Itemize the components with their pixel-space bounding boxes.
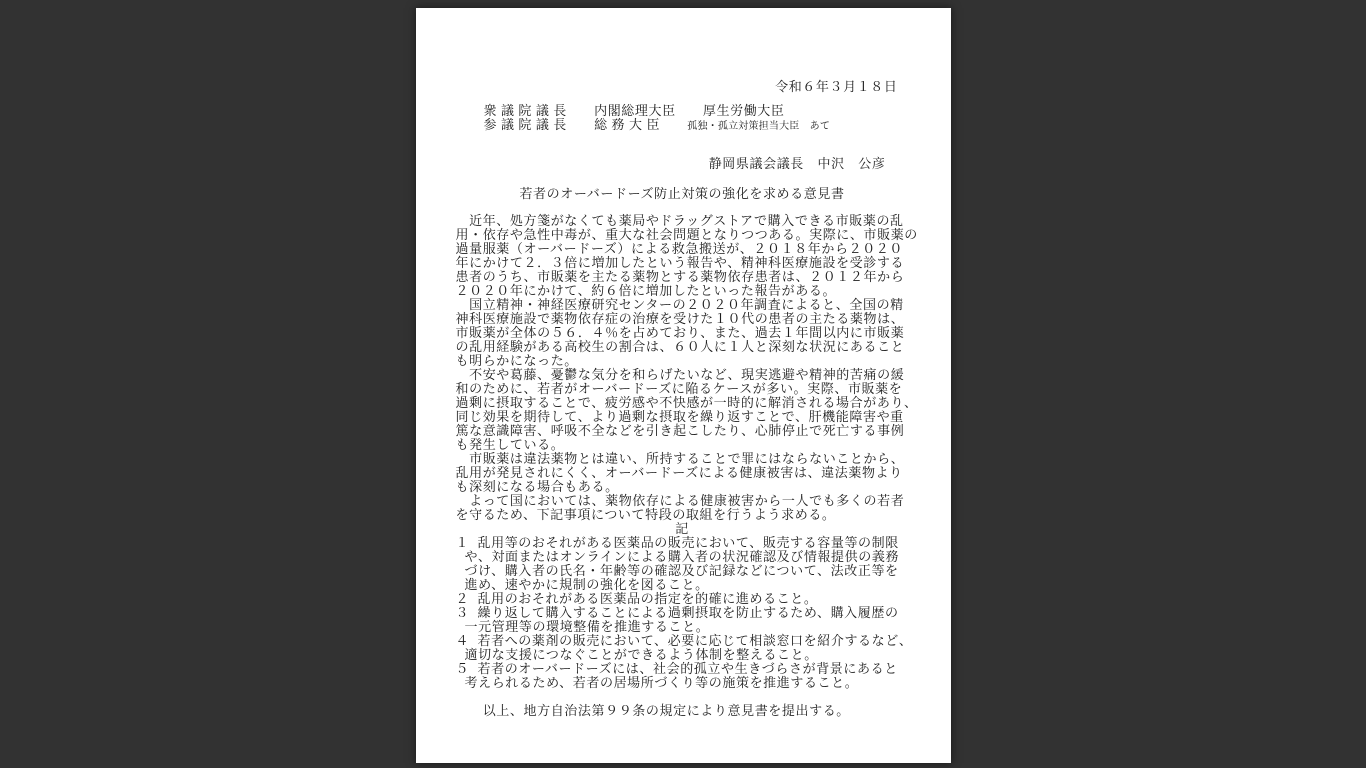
item-number: ３ <box>456 606 478 620</box>
viewer-background: { "viewer": { "background_color": "#3232… <box>0 0 1366 768</box>
item-text: 乱用のおそれがある医薬品の指定を的確に進めること。 <box>478 591 818 606</box>
demand-item: ４若者への薬剤の販売において、必要に応じて相談窓口を紹介するなど、適切な支援につ… <box>456 634 909 662</box>
item-text: 若者のオーバードーズには、社会的孤立や生きづらさが背景にあると <box>478 661 898 676</box>
recipient-line-2-main: 参 議 院 議 長 総 務 大 臣 <box>484 117 688 132</box>
body-paragraph: 近年、処方箋がなくても薬局やドラッグストアで購入できる市販薬の乱 用・依存や急性… <box>456 214 909 298</box>
body-paragraph: よって国においては、薬物依存による健康被害から一人でも多くの若者 を守るため、下… <box>456 494 909 522</box>
recipient-line-2: 参 議 院 議 長 総 務 大 臣 孤独・孤立対策担当大臣 あて <box>484 118 909 134</box>
demand-item: １乱用等のおそれがある医薬品の販売において、販売する容量等の制限や、対面またはオ… <box>456 536 909 592</box>
recipient-line-1: 衆 議 院 議 長 内閣総理大臣 厚生労働大臣 <box>484 104 909 118</box>
item-text-continued: 一元管理等の環境整備を推進すること。 <box>456 620 909 634</box>
item-number: ２ <box>456 592 478 606</box>
closing-line: 以上、地方自治法第９９条の規定により意見書を提出する。 <box>456 704 909 718</box>
document-body: 近年、処方箋がなくても薬局やドラッグストアで購入できる市販薬の乱 用・依存や急性… <box>456 214 909 718</box>
document-content: 令和６年３月１８日 衆 議 院 議 長 内閣総理大臣 厚生労働大臣 参 議 院 … <box>456 80 909 718</box>
paragraphs-container: 近年、処方箋がなくても薬局やドラッグストアで購入できる市販薬の乱 用・依存や急性… <box>456 214 909 522</box>
item-text-continued: 考えられるため、若者の居場所づくり等の施策を推進すること。 <box>456 676 909 690</box>
item-text-continued: や、対面またはオンラインによる購入者の状況確認及び情報提供の義務 <box>456 550 909 564</box>
demand-list: １乱用等のおそれがある医薬品の販売において、販売する容量等の制限や、対面またはオ… <box>456 536 909 690</box>
item-number: ５ <box>456 662 478 676</box>
demand-item: ３繰り返して購入することによる過剰摂取を防止するため、購入履歴の一元管理等の環境… <box>456 606 909 634</box>
sender-name: 静岡県議会議長 中沢 公彦 <box>456 157 909 171</box>
demand-item: ２乱用のおそれがある医薬品の指定を的確に進めること。 <box>456 592 909 606</box>
item-number: １ <box>456 536 478 550</box>
item-text: 乱用等のおそれがある医薬品の販売において、販売する容量等の制限 <box>478 535 899 550</box>
item-text-continued: づけ、購入者の氏名・年齢等の確認及び記録などについて、法改正等を <box>456 564 909 578</box>
document-page: 令和６年３月１８日 衆 議 院 議 長 内閣総理大臣 厚生労働大臣 参 議 院 … <box>416 8 951 763</box>
item-text: 繰り返して購入することによる過剰摂取を防止するため、購入履歴の <box>478 605 899 620</box>
item-text-continued: 進め、速やかに規制の強化を図ること。 <box>456 578 909 592</box>
recipients-block: 衆 議 院 議 長 内閣総理大臣 厚生労働大臣 参 議 院 議 長 総 務 大 … <box>456 104 909 134</box>
ki-heading: 記 <box>456 522 909 536</box>
demand-item: ５若者のオーバードーズには、社会的孤立や生きづらさが背景にあると考えられるため、… <box>456 662 909 690</box>
document-date: 令和６年３月１８日 <box>456 80 909 94</box>
document-title: 若者のオーバードーズ防止対策の強化を求める意見書 <box>456 187 909 201</box>
item-number: ４ <box>456 634 478 648</box>
recipient-line-2-small: 孤独・孤立対策担当大臣 あて <box>687 121 830 132</box>
item-text-continued: 適切な支援につなぐことができるよう体制を整えること。 <box>456 648 909 662</box>
body-paragraph: 不安や葛藤、憂鬱な気分を和らげたいなど、現実逃避や精神的苦痛の緩 和のために、若… <box>456 368 909 452</box>
body-paragraph: 国立精神・神経医療研究センターの２０２０年調査によると、全国の精 神科医療施設で… <box>456 298 909 368</box>
body-paragraph: 市販薬は違法薬物とは違い、所持することで罪にはならないことから、 乱用が発見され… <box>456 452 909 494</box>
item-text: 若者への薬剤の販売において、必要に応じて相談窓口を紹介するなど、 <box>478 633 913 648</box>
